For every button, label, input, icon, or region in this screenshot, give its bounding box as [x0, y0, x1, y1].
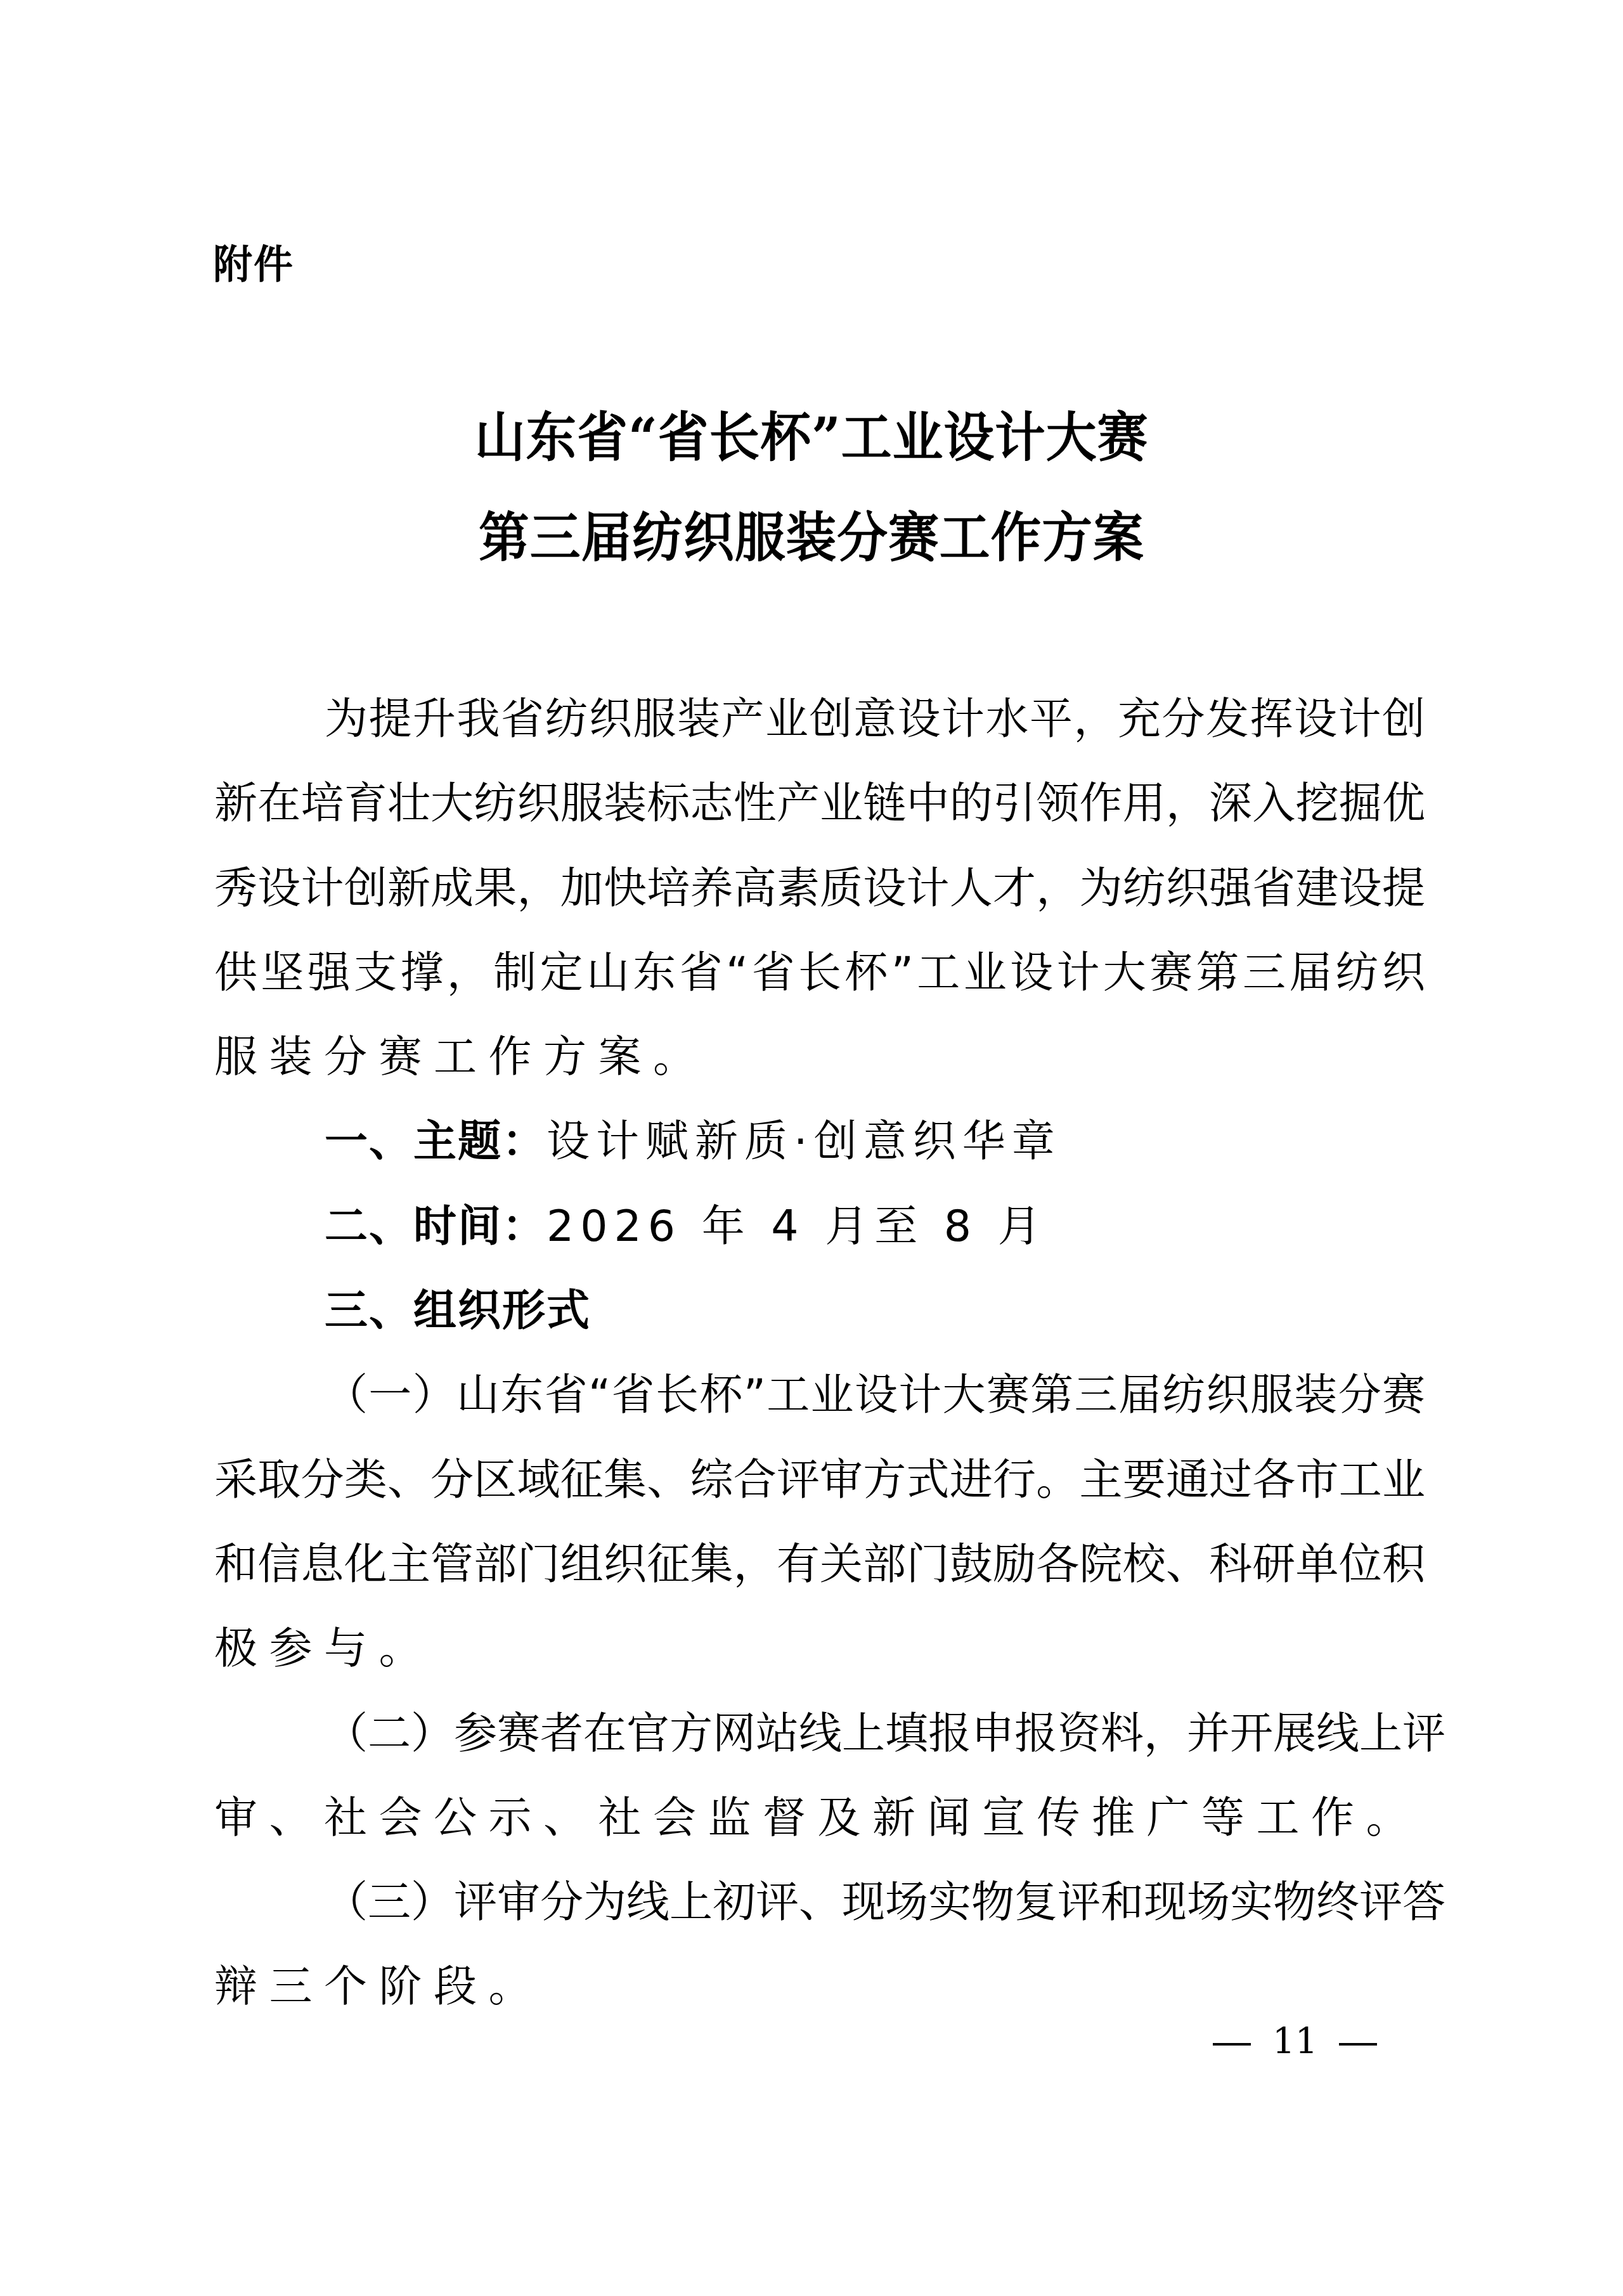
- organization-item-line: （二）参赛者在官方网站线上填报申报资料，并开展线上评: [214, 1709, 1425, 1793]
- organization-item-line: 极参与。: [214, 1624, 1425, 1708]
- document-title-line-1: 山东省“省长杯”工业设计大赛: [41, 406, 1582, 469]
- page-number-dash-left: [1213, 2043, 1251, 2046]
- page-number: 11: [1208, 2020, 1399, 2064]
- organization-item-line: （一）山东省“省长杯”工业设计大赛第三届纺织服装分赛: [214, 1370, 1425, 1455]
- section-value: 设计赋新质·创意织华章: [546, 1117, 1061, 1167]
- section-heading: 三、组织形式: [325, 1286, 591, 1336]
- organization-item-line: （三）评审分为线上初评、现场实物复评和现场实物终评答: [214, 1878, 1425, 1962]
- section-value: 2026 年 4 月至 8 月: [546, 1202, 1047, 1252]
- intro-paragraph-line: 新在培育壮大纺织服装标志性产业链中的引领作用，深入挖掘优: [214, 779, 1425, 863]
- section-organization: 三、组织形式: [214, 1286, 1425, 1370]
- intro-paragraph-line: 供坚强支撑，制定山东省“省长杯”工业设计大赛第三届纺织: [214, 948, 1425, 1032]
- intro-paragraph-line: 秀设计创新成果，加快培养高素质设计人才，为纺织强省建设提: [214, 864, 1425, 948]
- attachment-label: 附件: [213, 240, 294, 290]
- document-title-line-2: 第三届纺织服装分赛工作方案: [41, 506, 1582, 569]
- organization-item-line: 采取分类、分区域征集、综合评审方式进行。主要通过各市工业: [214, 1455, 1425, 1540]
- intro-paragraph-line: 为提升我省纺织服装产业创意设计水平，充分发挥设计创: [214, 694, 1425, 779]
- organization-item-line: 审、社会公示、社会监督及新闻宣传推广等工作。: [214, 1793, 1425, 1878]
- document-page: 附件 山东省“省长杯”工业设计大赛 第三届纺织服装分赛工作方案 为提升我省纺织服…: [0, 0, 1623, 2296]
- section-heading: 二、时间：: [325, 1202, 546, 1252]
- organization-item-line: 和信息化主管部门组织征集，有关部门鼓励各院校、科研单位积: [214, 1540, 1425, 1624]
- section-theme: 一、主题：设计赋新质·创意织华章: [214, 1117, 1425, 1201]
- section-time: 二、时间：2026 年 4 月至 8 月: [214, 1202, 1425, 1286]
- page-number-value: 11: [1272, 2021, 1317, 2062]
- document-body: 为提升我省纺织服装产业创意设计水平，充分发挥设计创 新在培育壮大纺织服装标志性产…: [214, 694, 1425, 2047]
- section-heading: 一、主题：: [325, 1117, 546, 1167]
- page-number-dash-right: [1339, 2043, 1377, 2046]
- intro-paragraph-line: 服装分赛工作方案。: [214, 1032, 1425, 1117]
